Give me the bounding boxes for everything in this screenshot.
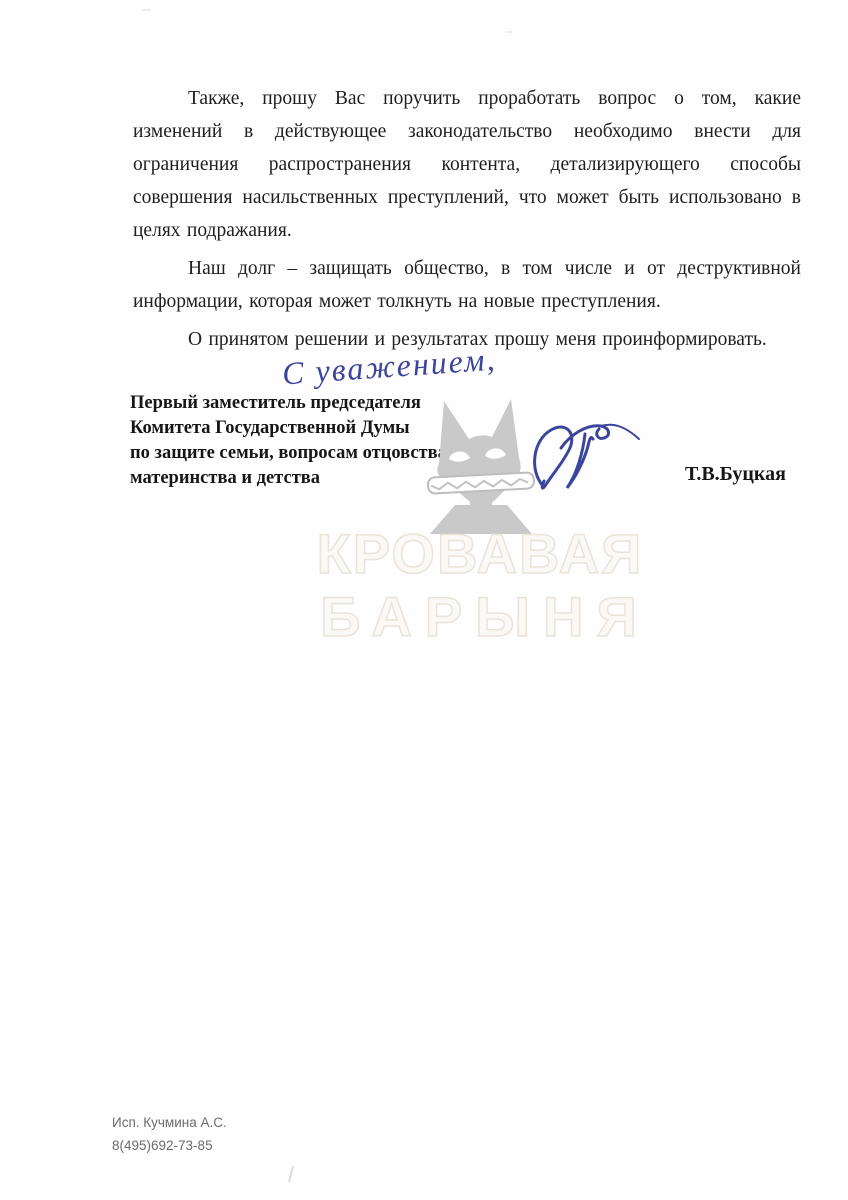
signer-title-block: Первый заместитель председателя Комитета…	[130, 391, 452, 491]
watermark-text: КРОВАВАЯ БАРЫНЯ	[300, 526, 660, 645]
scan-artifact	[142, 9, 151, 11]
scan-artifact	[288, 1166, 294, 1182]
paragraph: Наш долг – защищать общество, в том числ…	[133, 252, 801, 318]
executor-phone: 8(495)692-73-85	[112, 1134, 227, 1157]
signer-title-line: Комитета Государственной Думы	[130, 416, 452, 441]
signer-title-line: Первый заместитель председателя	[130, 391, 452, 416]
signature-icon	[527, 408, 642, 508]
footer-block: Исп. Кучмина А.С. 8(495)692-73-85	[112, 1111, 227, 1157]
signer-title-line: по защите семьи, вопросам отцовства,	[130, 441, 452, 466]
executor-line: Исп. Кучмина А.С.	[112, 1111, 227, 1134]
signer-title-line: материнства и детства	[130, 466, 452, 491]
watermark-line-2: БАРЫНЯ	[310, 589, 660, 645]
letter-body: Также, прошу Вас поручить проработать во…	[133, 82, 801, 361]
scanned-letter-page: Также, прошу Вас поручить проработать во…	[0, 0, 848, 1200]
paragraph: Также, прошу Вас поручить проработать во…	[133, 82, 801, 247]
cat-mascot-icon	[422, 396, 540, 534]
scan-artifact	[505, 31, 512, 33]
signer-name: Т.В.Буцкая	[685, 463, 786, 486]
watermark-line-1: КРОВАВАЯ	[300, 526, 660, 582]
